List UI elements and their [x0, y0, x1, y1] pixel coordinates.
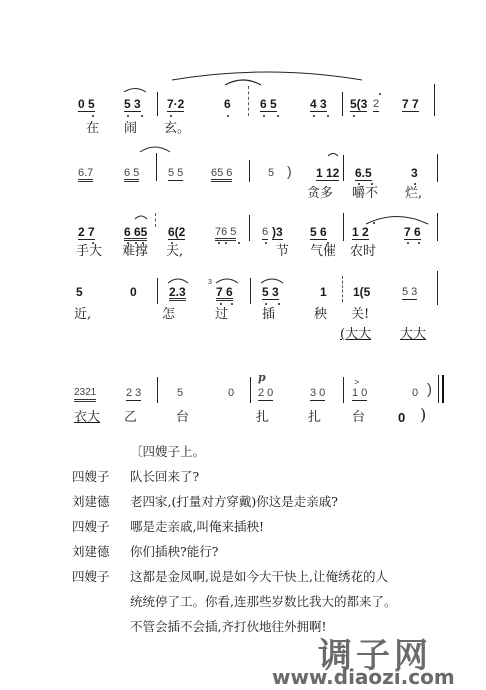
octave-dot: [379, 93, 381, 95]
octave-dot: [371, 183, 373, 185]
octave-dot: [225, 242, 227, 244]
note: 0: [228, 387, 234, 399]
line-text: 老四家,(打量对方穿戴)你这是走亲戚?: [130, 494, 338, 509]
note: 0 5: [78, 98, 95, 112]
slur: [124, 87, 146, 93]
note: 6 5: [260, 98, 277, 112]
note: 65 6: [211, 167, 232, 182]
percussion-text: 扎: [308, 411, 321, 425]
octave-dot: [278, 303, 280, 305]
octave-dot: [373, 222, 375, 224]
percussion-text: 乙: [124, 411, 137, 425]
barline-dashed: [248, 86, 250, 116]
barline: [343, 377, 344, 403]
lyric: 闹: [124, 122, 137, 136]
note: 7 6: [216, 286, 233, 301]
octave-dot: [220, 303, 222, 305]
lyric: 贪多: [307, 187, 333, 201]
speaker: 刘建德: [72, 544, 110, 559]
lyric: 在: [86, 122, 99, 136]
octave-dot: [218, 242, 220, 244]
note: 7 7: [402, 98, 419, 112]
line-text: 这都是金凤啊,说是如今大干快上,让俺绣花的人: [130, 569, 388, 584]
percussion-text: 扎: [256, 411, 269, 425]
percussion-text: ): [420, 408, 426, 422]
percussion-text: 0: [398, 411, 405, 425]
octave-dot: [265, 303, 267, 305]
note: 6: [224, 98, 231, 110]
note: 5 6: [310, 226, 327, 240]
speaker: 四嫂子: [72, 569, 110, 584]
barline: [343, 155, 344, 181]
octave-dot: [238, 242, 240, 244]
note: 1(5: [353, 286, 370, 298]
note: 6 5: [124, 167, 139, 182]
lyric: 关!: [351, 308, 369, 322]
note: 5: [76, 286, 83, 298]
paren: ): [427, 384, 432, 396]
octave-dot: [313, 115, 315, 117]
percussion-text: (大大: [340, 328, 371, 342]
lyric: 节: [276, 245, 289, 259]
line-text-continued: 不管会插不会插,齐打伙地往外拥啊!: [130, 619, 327, 634]
barline-dashed: [155, 213, 157, 227]
note: 7 6: [404, 226, 421, 240]
watermark-url: www.diaozi.com: [272, 665, 455, 689]
slur: [168, 277, 188, 284]
barline: [157, 278, 158, 304]
note: 5 3: [124, 98, 141, 112]
note: )3: [272, 226, 283, 240]
lyric: 天,: [166, 245, 183, 259]
slur-long: [172, 70, 362, 82]
octave-dot: [265, 242, 267, 244]
note: 5: [177, 387, 183, 399]
lyric: 手大: [76, 245, 102, 259]
octave-dot: [231, 303, 233, 305]
note: 2.3: [169, 286, 186, 301]
note: 6(2: [168, 226, 185, 240]
slur: [140, 145, 170, 153]
note: 6.5: [355, 167, 372, 181]
note: 5: [268, 167, 274, 179]
note: 1: [320, 286, 327, 298]
line-text: 队长回来了?: [130, 469, 199, 484]
note: 2 7: [78, 226, 95, 240]
note: 5(3: [350, 98, 367, 112]
note: 2 3: [126, 387, 141, 401]
paren: ): [287, 165, 292, 177]
lyric: 气催: [310, 245, 336, 259]
barline: [437, 213, 438, 241]
slur: [225, 78, 261, 86]
note: 3 0: [310, 387, 325, 401]
octave-dot: [227, 115, 229, 117]
final-barline: [442, 375, 444, 403]
octave-dot: [127, 115, 129, 117]
note: 4 3: [310, 98, 327, 112]
speaker: 四嫂子: [72, 519, 110, 534]
note: 2: [373, 98, 379, 112]
note: 76 5: [215, 226, 236, 241]
percussion-text: 衣大: [74, 411, 100, 425]
octave-dot: [414, 183, 416, 185]
note: 3: [411, 167, 418, 179]
slur: [135, 214, 147, 220]
lyric: 插: [262, 308, 275, 322]
barline: [343, 213, 344, 241]
barline: [249, 215, 250, 241]
line-text-continued: 统统停了工。你看,连那些岁数比我大的都来了。: [130, 594, 396, 609]
barline: [437, 271, 438, 305]
note: 0: [130, 286, 137, 298]
octave-dot: [277, 115, 279, 117]
slur: [216, 277, 238, 284]
barline: [250, 278, 251, 304]
speaker: 四嫂子: [72, 469, 110, 484]
slur: [328, 152, 338, 157]
note: 7·2: [167, 98, 184, 112]
octave-dot: [92, 115, 94, 117]
note: 0: [412, 387, 418, 399]
barline-dashed: [342, 276, 344, 302]
note: 6 65: [124, 226, 147, 241]
grace-note: 3: [208, 277, 212, 289]
percussion-text: 台: [352, 411, 365, 425]
note: 5 5: [168, 167, 183, 181]
line-text: 你们插秧?能行?: [130, 544, 218, 559]
barline: [250, 377, 251, 403]
barline: [157, 92, 158, 116]
octave-dot: [407, 242, 409, 244]
octave-dot: [358, 183, 360, 185]
dynamic-mark: p: [258, 372, 266, 384]
lyric: 近,: [74, 308, 91, 322]
note: 1 2: [352, 226, 369, 240]
note: 5 3: [262, 286, 279, 300]
octave-dot: [263, 115, 265, 117]
stage-direction: 〔四嫂子上。: [130, 444, 205, 459]
lyric: 玄。: [164, 122, 190, 136]
line-text: 哪是走亲戚,叫俺来插秧!: [130, 519, 264, 534]
slur: [261, 277, 283, 284]
note: 1 12: [316, 167, 339, 181]
barline: [434, 84, 435, 116]
lyric: 烂,: [405, 187, 422, 201]
barline: [342, 92, 343, 116]
octave-dot: [418, 242, 420, 244]
slur: [366, 213, 428, 225]
octave-dot: [141, 115, 143, 117]
note: 5 3: [402, 286, 417, 300]
lyric: 过: [215, 308, 228, 322]
lyric: 难撑: [122, 245, 148, 259]
lyric: 秧: [314, 308, 327, 322]
barline: [437, 154, 438, 182]
barline: [249, 160, 250, 182]
lyric: 嚼不: [352, 187, 378, 201]
barline: [438, 375, 439, 403]
octave-dot: [353, 115, 355, 117]
barline: [156, 153, 157, 181]
note: 2321: [74, 387, 96, 402]
barline: [157, 377, 158, 403]
percussion-text: 大大: [400, 328, 426, 342]
note: 1 0: [352, 387, 367, 401]
lyric: 农时: [350, 245, 376, 259]
note: 2 0: [258, 387, 273, 401]
note: 6: [262, 226, 268, 240]
note: 6.7: [78, 167, 93, 182]
octave-dot: [327, 115, 329, 117]
speaker: 刘建德: [72, 494, 110, 509]
octave-dot: [170, 115, 172, 117]
lyric: 怎: [162, 308, 175, 322]
percussion-text: 台: [176, 411, 189, 425]
